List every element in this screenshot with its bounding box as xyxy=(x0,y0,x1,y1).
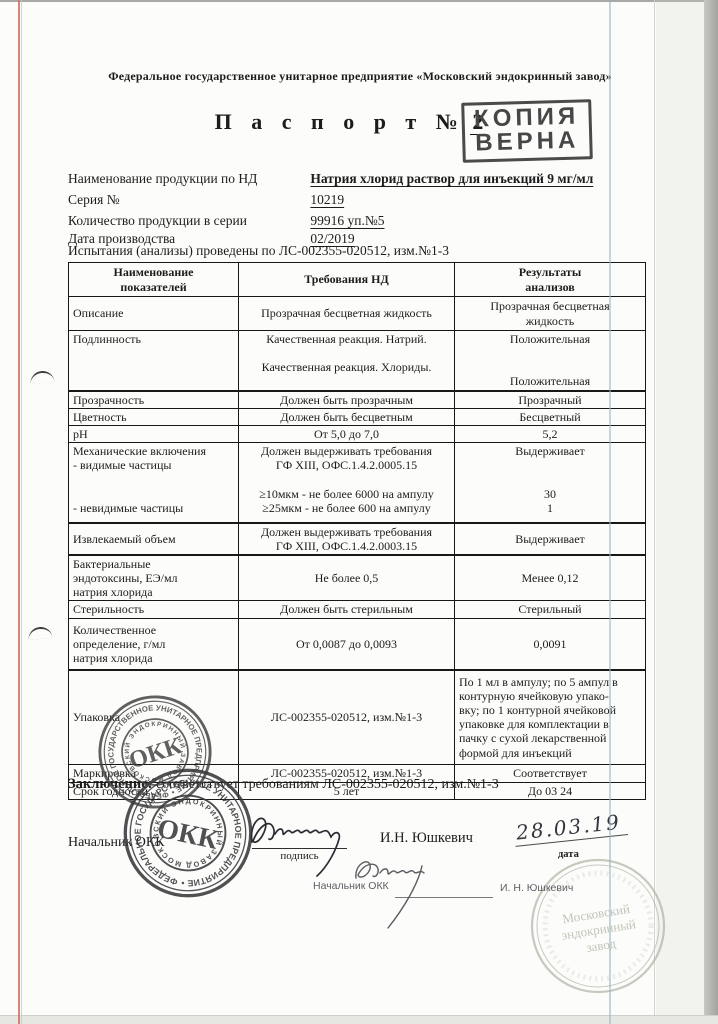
table-row: Извлекаемый объем Должен выдерживать тре… xyxy=(69,523,646,555)
table-row: Прозрачность Должен быть прозрачным Проз… xyxy=(69,391,646,409)
row-res-cell: Положительная Положительная xyxy=(455,331,646,391)
row-req-cell: Качественная реакция. Натрий. Качественн… xyxy=(239,331,455,391)
field-value: Натрия хлорид раствор для инъекций 9 мг/… xyxy=(310,171,593,186)
row-res-cell: Прозрачный xyxy=(455,391,646,409)
row-req-cell: От 5,0 до 7,0 xyxy=(239,425,455,442)
field-value: 99916 уп.№5 xyxy=(310,213,384,228)
header-indicator: Наименование показателей xyxy=(69,263,239,297)
field-label: Серия № xyxy=(68,192,307,208)
copy-stamp-line2: ВЕРНА xyxy=(465,129,590,157)
row-res-cell: Стерильный xyxy=(455,601,646,618)
scan-right-band xyxy=(704,0,718,1024)
pen-tick-mark xyxy=(29,370,54,384)
row-req-cell: Должен выдерживать требования ГФ XIII, О… xyxy=(239,443,455,523)
row-req-cell: Должен быть прозрачным xyxy=(239,391,455,409)
row-label-cell: Стерильность xyxy=(69,601,239,618)
row-req-cell: ЛС-002355-020512, изм.№1-3 xyxy=(239,670,455,764)
handwritten-signature xyxy=(244,806,354,886)
row-res-cell: Выдерживает 30 1 xyxy=(455,443,646,523)
field-label: Наименование продукции по НД xyxy=(68,171,307,187)
table-row: Подлинность Качественная реакция. Натрий… xyxy=(69,331,646,391)
secondary-signer-name: И. Н. Юшкевич xyxy=(500,882,573,894)
margin-line-yellow xyxy=(21,0,22,1024)
signer-name: И.Н. Юшкевич xyxy=(380,830,473,847)
field-quantity: Количество продукции в серии 99916 уп.№5 xyxy=(68,213,643,229)
row-res-cell: По 1 мл в ампулу; по 5 ампул в контурную… xyxy=(455,670,646,764)
row-label-cell: Цветность xyxy=(69,408,239,425)
tests-line: Испытания (анализы) проведены по ЛС-0023… xyxy=(68,243,449,259)
field-product-name: Наименование продукции по НД Натрия хлор… xyxy=(68,171,643,187)
table-row: Стерильность Должен быть стерильным Стер… xyxy=(69,601,646,618)
row-res-cell: Бесцветный xyxy=(455,408,646,425)
pen-tick-mark xyxy=(27,626,52,640)
table-row: Количественное определение, г/мл натрия … xyxy=(69,618,646,670)
header-requirements: Требования НД xyxy=(239,263,455,297)
row-label-cell: pH xyxy=(69,425,239,442)
field-label: Количество продукции в серии xyxy=(68,213,307,229)
table-row: Описание Прозрачная бесцветная жидкость … xyxy=(69,297,646,331)
table-row: Бактериальные эндотоксины, ЕЭ/мл натрия … xyxy=(69,555,646,601)
table-header-row: Наименование показателей Требования НД Р… xyxy=(69,263,646,297)
row-res-cell: Выдерживает xyxy=(455,523,646,555)
row-req-cell: Должен быть стерильным xyxy=(239,601,455,618)
title-text: П а с п о р т № xyxy=(215,109,465,134)
row-req-cell: Должен выдерживать требования ГФ XIII, О… xyxy=(239,523,455,555)
okk-round-stamp-lower: ФЕДЕРАЛЬНОЕ ГОСУДАРСТВЕННОЕ УНИТАРНОЕ ПР… xyxy=(110,755,267,912)
scan-crease-line xyxy=(609,0,611,1024)
field-series: Серия № 10219 xyxy=(68,192,643,208)
row-req-cell: Не более 0,5 xyxy=(239,555,455,601)
margin-line-red xyxy=(18,0,20,1024)
row-res-cell: 0,0091 xyxy=(455,618,646,670)
row-label-cell: Количественное определение, г/мл натрия … xyxy=(69,618,239,670)
table-row: Механические включения - видимые частицы… xyxy=(69,443,646,523)
row-label-cell: Подлинность xyxy=(69,331,239,391)
organization-name: Федеральное государственное унитарное пр… xyxy=(40,69,680,84)
scanned-passport-page: Федеральное государственное унитарное пр… xyxy=(0,0,718,1024)
row-res-cell: Прозрачная бесцветная жидкость xyxy=(455,297,646,331)
row-label-cell: Извлекаемый объем xyxy=(69,523,239,555)
row-req-cell: Прозрачная бесцветная жидкость xyxy=(239,297,455,331)
row-label-cell: Прозрачность xyxy=(69,391,239,409)
row-res-cell: Менее 0,12 xyxy=(455,555,646,601)
row-req-cell: Должен быть бесцветным xyxy=(239,408,455,425)
field-value: 10219 xyxy=(310,192,344,207)
table-row: pH От 5,0 до 7,0 5,2 xyxy=(69,425,646,442)
table-row: Цветность Должен быть бесцветным Бесцвет… xyxy=(69,408,646,425)
copy-verna-stamp: КОПИЯ ВЕРНА xyxy=(461,99,593,163)
secondary-handwritten-signature xyxy=(340,852,450,932)
row-req-cell: От 0,0087 до 0,0093 xyxy=(239,618,455,670)
header-results: Результаты анализов xyxy=(455,263,646,297)
factory-round-stamp: Московский эндокринный завод xyxy=(528,856,668,996)
row-res-cell: 5,2 xyxy=(455,425,646,442)
row-label-cell: Описание xyxy=(69,297,239,331)
row-label-cell: Механические включения - видимые частицы… xyxy=(69,443,239,523)
row-label-cell: Бактериальные эндотоксины, ЕЭ/мл натрия … xyxy=(69,555,239,601)
